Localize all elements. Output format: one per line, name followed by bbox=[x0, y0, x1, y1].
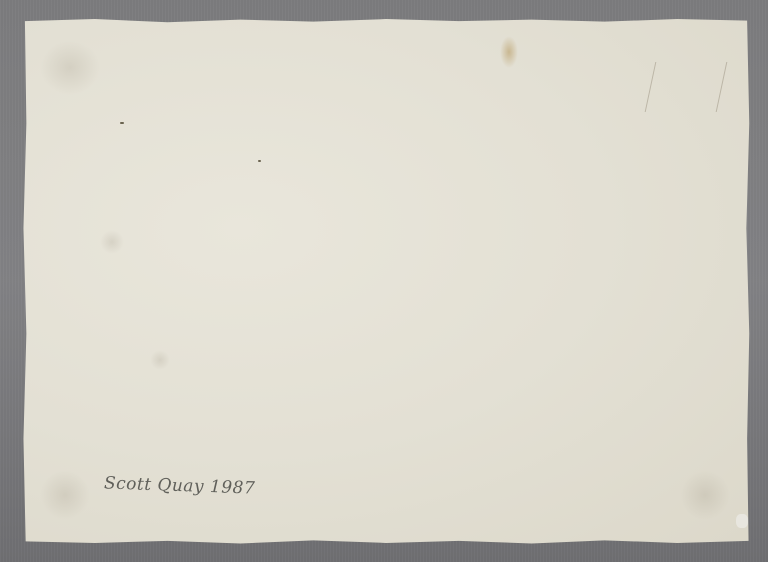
paper-sheet bbox=[22, 18, 750, 544]
corner-smudge-bottom-left bbox=[40, 470, 90, 520]
speck bbox=[120, 122, 124, 124]
pencil-marks bbox=[645, 62, 728, 112]
stain-top bbox=[500, 36, 518, 68]
smudge-left bbox=[100, 230, 124, 254]
smudge-lower-left bbox=[150, 350, 170, 370]
speck bbox=[258, 160, 261, 162]
corner-smudge-top-left bbox=[40, 40, 100, 95]
torn-corner-flake bbox=[736, 514, 748, 528]
corner-smudge-bottom-right bbox=[680, 470, 730, 520]
